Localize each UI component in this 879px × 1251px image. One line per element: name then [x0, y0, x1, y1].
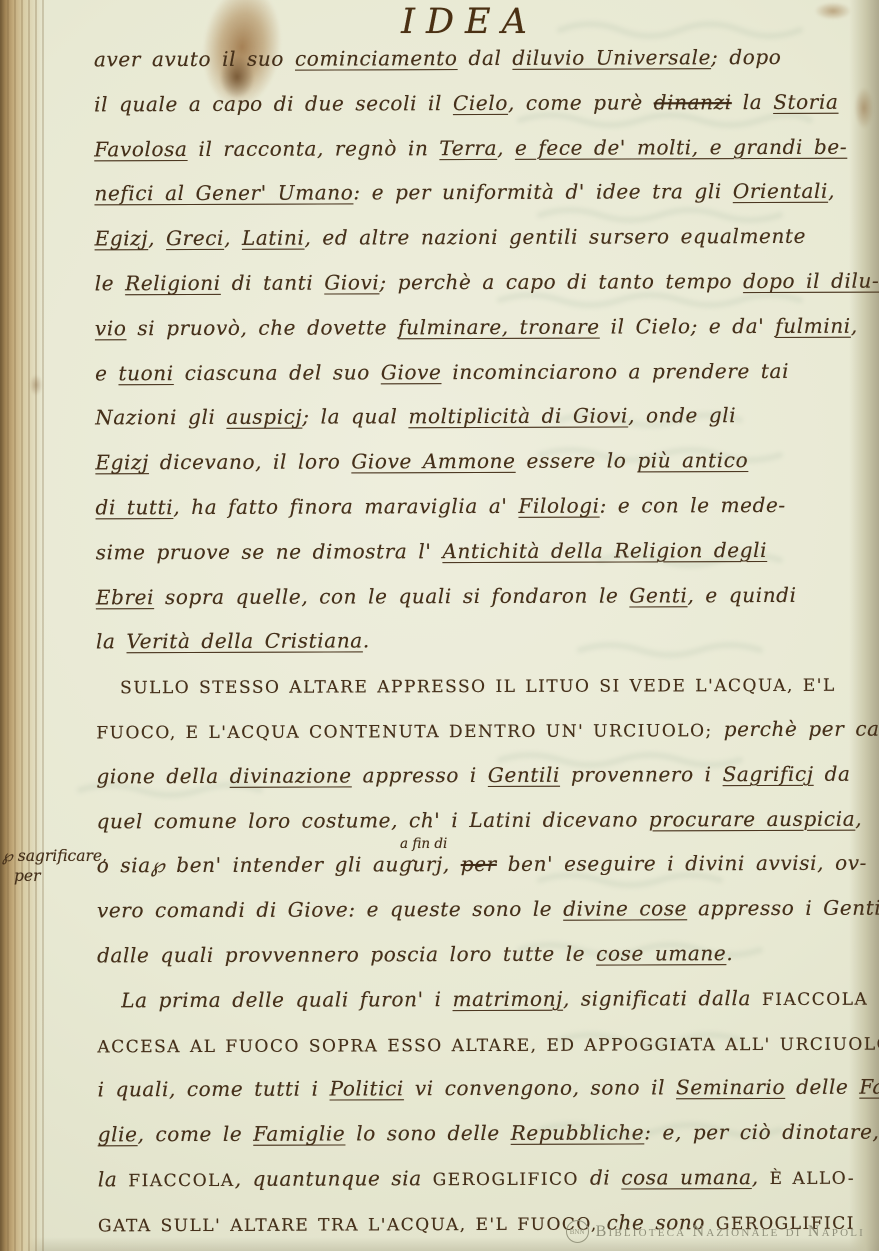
- manuscript-line: di tutti, ha fatto finora maraviglia a' …: [95, 483, 855, 530]
- manuscript-line: i quali, come tutti i Politici vi conven…: [97, 1065, 857, 1112]
- manuscript-word-underlined: Filologi: [518, 494, 599, 518]
- manuscript-word-underlined: fulmini: [775, 313, 851, 337]
- manuscript-word-underlined: cosa umana: [621, 1165, 751, 1189]
- manuscript-word-underlined: tuoni: [118, 361, 173, 385]
- manuscript-word: ; perchè a capo di tanto tempo: [379, 269, 743, 294]
- manuscript-word-underlined: Politici: [330, 1077, 404, 1101]
- manuscript-word-underlined: auspicj: [226, 405, 302, 429]
- manuscript-word-underlined: Greci: [166, 226, 224, 250]
- manuscript-line: FUOCO, E L'ACQUA CONTENUTA DENTRO UN' UR…: [96, 707, 856, 754]
- manuscript-word-underlined: procurare auspicia: [649, 806, 855, 831]
- manuscript-line: sime pruove se ne dimostra l' Antichità …: [96, 527, 856, 574]
- manuscript-word: FIACCOLA: [762, 989, 868, 1009]
- manuscript-word-underlined: Giove: [381, 360, 442, 384]
- manuscript-line: il quale a capo di due secoli il Cielo, …: [94, 79, 854, 126]
- margin-annotation-line1: ℘ sagrificare,: [2, 846, 96, 866]
- manuscript-word: di: [579, 1165, 621, 1189]
- manuscript-word-underlined: divinazione: [230, 763, 352, 787]
- manuscript-word: GEROGLIFICO: [433, 1170, 579, 1191]
- interlinear-insertion: a fin di: [400, 836, 447, 852]
- manuscript-word: sopra quelle, con le quali si fondaron l…: [154, 583, 629, 609]
- manuscript-word: ,: [828, 179, 835, 203]
- manuscript-line: gione della divinazione appresso i Genti…: [96, 751, 856, 798]
- manuscript-word-underlined: Sagrificj: [723, 762, 814, 786]
- manuscript-word: La prima delle quali furon' i: [121, 987, 452, 1012]
- manuscript-word-underlined: vio: [95, 316, 127, 340]
- manuscript-word: .: [363, 629, 370, 653]
- manuscript-line: dalle quali provvennero poscia loro tutt…: [97, 931, 857, 978]
- stain-right-edge: [852, 82, 876, 134]
- library-watermark: BNN Biblioteca Nazionale di Napoli: [566, 1220, 865, 1243]
- manuscript-line: vio si pruovò, che dovette fulminare, tr…: [95, 303, 855, 350]
- library-logo-icon: BNN: [566, 1220, 589, 1243]
- manuscript-word-underlined: Famiglie: [253, 1122, 345, 1146]
- manuscript-word: ℘: [151, 853, 166, 877]
- manuscript-line: Nazioni gli auspicj; la qual moltiplicit…: [95, 393, 855, 440]
- manuscript-word: da: [814, 761, 851, 785]
- manuscript-word-underlined: Seminario: [676, 1075, 785, 1099]
- stain-left-edge: [28, 372, 44, 398]
- manuscript-word: ACCESA AL FUOCO SOPRA ESSO ALTARE, ED AP…: [97, 1034, 879, 1057]
- manuscript-word-struck: dinanzi: [654, 90, 732, 114]
- manuscript-text: aver avuto il suo cominciamento dal dilu…: [94, 35, 858, 1247]
- manuscript-word-underlined: Repubbliche: [511, 1121, 645, 1145]
- manuscript-word: ben' eseguire i divini avvisi, ov-: [497, 851, 867, 876]
- manuscript-word: sime pruove se ne dimostra l': [96, 539, 443, 564]
- manuscript-word: ,: [851, 313, 858, 337]
- manuscript-line: o sia℘ ben' intender gli augurj, per ben…: [97, 841, 857, 888]
- manuscript-word: ,: [148, 226, 166, 250]
- manuscript-word: delle: [785, 1075, 859, 1099]
- manuscript-word-underlined: Antichità della Religion degli: [442, 538, 767, 563]
- manuscript-word: , come purè: [508, 90, 654, 115]
- manuscript-word: Nazioni gli: [95, 405, 226, 429]
- manuscript-word: .: [726, 941, 733, 965]
- manuscript-word-underlined: di tutti: [95, 495, 173, 519]
- manuscript-word-struck: per: [461, 852, 497, 876]
- manuscript-word: , quantunque sia: [235, 1166, 433, 1191]
- manuscript-word-underlined: glie: [98, 1122, 138, 1146]
- manuscript-word: ,: [752, 1165, 770, 1189]
- manuscript-word: , e quindi: [687, 582, 796, 606]
- manuscript-word-underlined: nefici al Gener' Umano: [94, 181, 353, 206]
- manuscript-word: incominciarono a prendere tai: [441, 358, 789, 383]
- manuscript-word: si pruovò, che dovette: [126, 315, 398, 340]
- manuscript-word-underlined: Orientali: [733, 179, 828, 203]
- margin-annotation-line2: per: [2, 866, 96, 886]
- manuscript-word-underlined: Giove Ammone: [351, 449, 515, 474]
- manuscript-line: le Religioni di tanti Giovi; perchè a ca…: [95, 259, 855, 306]
- manuscript-word: ,: [497, 135, 515, 159]
- manuscript-word: e: [95, 361, 118, 385]
- manuscript-word: la: [732, 90, 774, 114]
- manuscript-word: di tanti: [221, 271, 325, 295]
- manuscript-line: aver avuto il suo cominciamento dal dilu…: [94, 35, 854, 82]
- manuscript-word: appresso i Gentili;: [687, 896, 879, 921]
- manuscript-word-underlined: Storia: [773, 90, 838, 114]
- manuscript-word: quel comune loro costume, ch' i Latini d…: [97, 807, 649, 833]
- manuscript-word: provennero i: [560, 762, 723, 787]
- manuscript-line: La prima delle quali furon' i matrimonj,…: [97, 975, 857, 1022]
- manuscript-word-underlined: diluvio Universale: [512, 45, 711, 70]
- manuscript-word-underlined: cominciamento: [295, 46, 458, 71]
- manuscript-word: È ALLO-: [770, 1169, 856, 1189]
- library-watermark-label: Biblioteca Nazionale di Napoli: [596, 1223, 865, 1241]
- manuscript-line: SULLO STESSO ALTARE APPRESSO IL LITUO SI…: [96, 662, 856, 709]
- manuscript-word: ,: [855, 806, 862, 830]
- manuscript-word-underlined: matrimonj: [453, 986, 563, 1010]
- manuscript-word-underlined: Genti: [629, 583, 687, 607]
- manuscript-word: , significati dalla: [563, 986, 762, 1011]
- manuscript-word: ciascuna del suo: [174, 360, 381, 385]
- manuscript-word: il racconta, regnò in: [187, 136, 439, 161]
- manuscript-word: perchè per ca-: [713, 717, 879, 742]
- manuscript-word: appresso i: [352, 763, 488, 787]
- manuscript-word: : e, per ciò dinotare,: [644, 1120, 879, 1145]
- manuscript-word: , come le: [138, 1122, 254, 1146]
- manuscript-word: vero comandi di Giove: e queste sono le: [97, 897, 563, 923]
- manuscript-word: ,: [224, 226, 242, 250]
- manuscript-word-underlined: cose umane: [596, 941, 726, 965]
- manuscript-word: essere lo: [516, 449, 638, 473]
- manuscript-word-underlined: Cielo: [453, 91, 508, 115]
- manuscript-line: vero comandi di Giove: e queste sono le …: [97, 886, 857, 933]
- manuscript-word: le: [95, 271, 125, 295]
- insertion-caret-icon: ^: [408, 858, 419, 873]
- manuscript-word-underlined: Egizj: [95, 450, 149, 474]
- manuscript-word: aver avuto il suo: [94, 47, 295, 72]
- manuscript-line: Egizj dicevano, il loro Giove Ammone ess…: [95, 438, 855, 485]
- manuscript-word: gione della: [96, 764, 229, 788]
- manuscript-page: IDEA aver avuto il suo cominciamento dal…: [0, 0, 879, 1251]
- manuscript-word-underlined: Egizj: [95, 226, 149, 250]
- manuscript-line: la FIACCOLA, quantunque sia GEROGLIFICO …: [98, 1155, 858, 1202]
- manuscript-word-underlined: Favolosa: [94, 137, 187, 161]
- manuscript-line: Ebrei sopra quelle, con le quali si fond…: [96, 572, 856, 619]
- manuscript-word: ; dopo: [711, 45, 781, 69]
- margin-annotation: ℘ sagrificare, per: [2, 846, 96, 886]
- manuscript-word: GATA SULL' ALTARE TRA L'ACQUA, E'L FUOCO…: [98, 1214, 607, 1236]
- manuscript-word-underlined: Latini: [242, 226, 305, 250]
- manuscript-line: e tuoni ciascuna del suo Giove incominci…: [95, 348, 855, 395]
- manuscript-word: SULLO STESSO ALTARE APPRESSO IL LITUO SI…: [120, 676, 836, 698]
- manuscript-word-underlined: Religioni: [125, 271, 221, 295]
- manuscript-word-underlined: e fece de' molti, e grandi be-: [515, 134, 847, 159]
- manuscript-word: : e con le mede-: [600, 493, 786, 518]
- manuscript-line: nefici al Gener' Umano: e per uniformità…: [94, 169, 854, 216]
- manuscript-line: Egizj, Greci, Latini, ed altre nazioni g…: [95, 214, 855, 261]
- manuscript-word: FIACCOLA: [128, 1171, 234, 1191]
- manuscript-word-underlined: dopo il dilu-: [743, 269, 879, 293]
- manuscript-word-underlined: Gentili: [488, 762, 560, 786]
- manuscript-word: dalle quali provvennero poscia loro tutt…: [97, 942, 596, 968]
- manuscript-word: dal: [458, 46, 513, 70]
- manuscript-word: , ed altre nazioni gentili sursero equal…: [304, 224, 806, 250]
- manuscript-word: dicevano, il loro: [149, 450, 351, 475]
- manuscript-line: Favolosa il racconta, regnò in Terra, e …: [94, 124, 854, 171]
- manuscript-word: FUOCO, E L'ACQUA CONTENUTA DENTRO UN' UR…: [96, 721, 712, 743]
- manuscript-line: glie, come le Famiglie lo sono delle Rep…: [98, 1110, 858, 1157]
- manuscript-word-underlined: fulminare, tronare: [398, 314, 600, 339]
- manuscript-word: , ha fatto finora maraviglia a': [173, 494, 518, 519]
- manuscript-word: il quale a capo di due secoli il: [94, 91, 453, 116]
- manuscript-line: quel comune loro costume, ch' i Latini d…: [97, 796, 857, 843]
- manuscript-word-underlined: Verità della Cristiana: [126, 629, 362, 654]
- manuscript-word: i quali, come tutti i: [98, 1077, 330, 1102]
- manuscript-line: la Verità della Cristiana.: [96, 617, 856, 664]
- manuscript-word: : e per uniformità d' idee tra gli: [353, 179, 732, 204]
- manuscript-word: lo sono delle: [345, 1121, 510, 1146]
- manuscript-line: ACCESA AL FUOCO SOPRA ESSO ALTARE, ED AP…: [97, 1020, 857, 1067]
- manuscript-word-underlined: Terra: [439, 136, 497, 160]
- manuscript-word-underlined: Giovi: [324, 270, 379, 294]
- manuscript-word-underlined: moltiplicità di Giovi: [408, 404, 628, 429]
- manuscript-word-underlined: più antico: [637, 448, 748, 472]
- manuscript-word: ; la qual: [302, 405, 408, 429]
- manuscript-word: , onde gli: [628, 403, 736, 427]
- manuscript-word-underlined: Fami-: [859, 1075, 879, 1099]
- manuscript-word: vi convengono, sono il: [404, 1076, 676, 1101]
- manuscript-word: la: [98, 1167, 129, 1191]
- manuscript-word: il Cielo; e da': [600, 314, 776, 339]
- manuscript-word: la: [96, 630, 127, 654]
- page-edge-left: [0, 0, 44, 1251]
- manuscript-word-underlined: Ebrei: [96, 585, 154, 609]
- manuscript-word-underlined: divine cose: [563, 896, 687, 920]
